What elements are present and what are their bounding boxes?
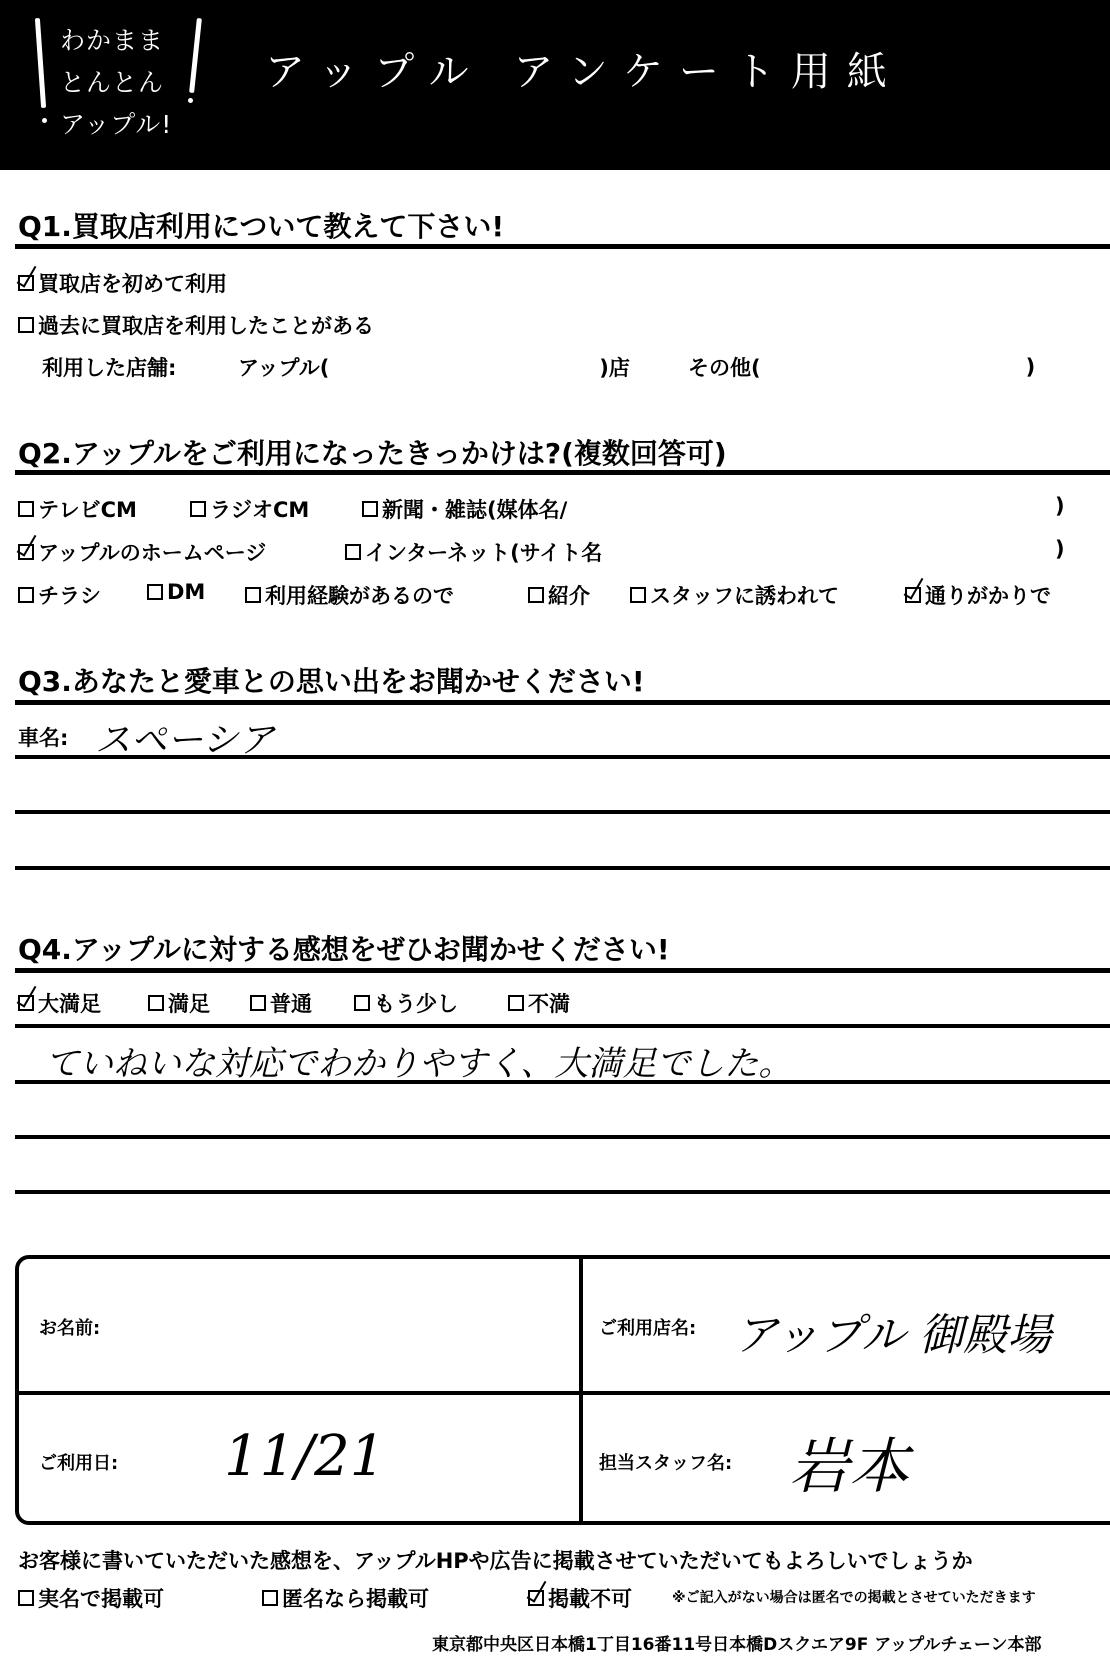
publish-question: お客様に書いていただいた感想を、アップルHPや広告に掲載させていただいてもよろし… (18, 1545, 973, 1575)
q1-title: Q1.買取店利用について教えて下さい! (18, 205, 504, 245)
q4-option-satisfied[interactable]: 満足 (148, 988, 210, 1018)
q2-option-internet[interactable]: インターネット(サイト名 (345, 537, 602, 567)
option-label: 満足 (168, 988, 210, 1018)
option-label: 掲載不可 (548, 1583, 632, 1613)
q2-option-radio[interactable]: ラジオCM (190, 494, 309, 524)
q2-option-dm[interactable]: DM (147, 580, 205, 604)
option-label: チラシ (38, 580, 101, 610)
checkbox-checked[interactable] (18, 995, 34, 1011)
box-horizontal-divider (19, 1391, 1110, 1395)
q4-line-1 (15, 1024, 1110, 1028)
option-label: 普通 (270, 988, 312, 1018)
checkbox-checked[interactable] (905, 587, 921, 603)
option-label: もう少し (374, 988, 458, 1018)
q4-comment[interactable]: ていねいな対応でわかりやすく、大満足でした。 (45, 1036, 792, 1085)
q1-store-line: 利用した店舗: (42, 352, 176, 382)
checkbox[interactable] (147, 584, 163, 600)
other-prefix: その他( (688, 352, 761, 382)
q1-divider (15, 244, 1110, 249)
publish-option-real-name[interactable]: 実名で掲載可 (18, 1583, 164, 1613)
q4-line-2 (15, 1080, 1110, 1084)
q3-line-1 (15, 755, 1110, 759)
checkbox[interactable] (18, 317, 34, 333)
publish-note: ※ご記入がない場合は匿名での掲載とさせていただきます (672, 1587, 1036, 1607)
q2-divider (15, 470, 1110, 475)
checkbox[interactable] (630, 587, 646, 603)
store-name-value[interactable]: アップル 御殿場 (734, 1299, 1051, 1363)
option-label: スタッフに誘われて (650, 580, 839, 610)
option-label: インターネット(サイト名 (365, 537, 602, 567)
checkbox[interactable] (18, 501, 34, 517)
option-label: 不満 (528, 988, 570, 1018)
checkbox[interactable] (190, 501, 206, 517)
checkbox[interactable] (148, 995, 164, 1011)
publish-option-anonymous[interactable]: 匿名なら掲載可 (262, 1583, 429, 1613)
q2-option-newspaper[interactable]: 新聞・雑誌(媒体名/ (362, 494, 567, 524)
q4-line-4 (15, 1190, 1110, 1194)
checkbox[interactable] (528, 587, 544, 603)
q3-line-3 (15, 866, 1110, 870)
q2-option-staff[interactable]: スタッフに誘われて (630, 580, 839, 610)
logo-text: わかまま とんとん アップル! (60, 20, 172, 146)
note-text: ※ご記入がない場合は匿名での掲載とさせていただきます (672, 1587, 1036, 1607)
staff-name-label: 担当スタッフ名: (599, 1449, 732, 1475)
checkbox-checked[interactable] (528, 1590, 544, 1606)
apple-prefix: アップル( (238, 352, 329, 382)
close-paren: ) (1055, 537, 1065, 561)
q2-option-experience[interactable]: 利用経験があるので (245, 580, 454, 610)
q3-divider (15, 700, 1110, 705)
option-label: 新聞・雑誌(媒体名/ (382, 494, 567, 524)
q4-option-could-be-better[interactable]: もう少し (354, 988, 458, 1018)
form-header: わかまま とんとん アップル! アップル アンケート用紙 (0, 0, 1110, 170)
option-label: 紹介 (548, 580, 590, 610)
close-paren: ) (1055, 494, 1065, 518)
apple-store-field[interactable]: アップル( )店 (238, 352, 630, 382)
form-title: アップル アンケート用紙 (265, 40, 903, 97)
q2-option-tv[interactable]: テレビCM (18, 494, 137, 524)
other-suffix: ) (1026, 355, 1036, 379)
logo-right-dot (188, 98, 193, 103)
checkbox[interactable] (345, 544, 361, 560)
logo-right-bar (189, 18, 202, 93)
checkbox[interactable] (18, 587, 34, 603)
date-label: ご利用日: (39, 1449, 118, 1475)
option-label: DM (167, 580, 205, 604)
option-label: 利用経験があるので (265, 580, 454, 610)
q2-title: Q2.アップルをご利用になったきっかけは?(複数回答可) (18, 432, 727, 472)
brand-logo: わかまま とんとん アップル! (38, 18, 198, 163)
checkbox-checked[interactable] (18, 544, 34, 560)
q2-option-homepage[interactable]: アップルのホームページ (18, 537, 266, 567)
checkbox[interactable] (245, 587, 261, 603)
q2-option-referral[interactable]: 紹介 (528, 580, 590, 610)
checkbox[interactable] (262, 1590, 278, 1606)
option-label: テレビCM (38, 494, 137, 524)
q4-divider (15, 968, 1110, 973)
store-line-label: 利用した店舗: (42, 352, 176, 382)
logo-left-dot (42, 118, 47, 123)
q4-option-dissatisfied[interactable]: 不満 (508, 988, 570, 1018)
staff-name-value[interactable]: 岩本 (789, 1419, 909, 1505)
other-store-field[interactable]: その他( ) (688, 352, 1035, 382)
option-label: 実名で掲載可 (38, 1583, 164, 1613)
car-name-label: 車名: (18, 722, 68, 752)
q1-option-used-before[interactable]: 過去に買取店を利用したことがある (18, 310, 374, 340)
option-label: 匿名なら掲載可 (282, 1583, 429, 1613)
car-name-field[interactable]: 車名: (18, 722, 68, 752)
q4-title: Q4.アップルに対する感想をぜひお聞かせください! (18, 928, 670, 968)
logo-left-bar (35, 18, 46, 108)
checkbox[interactable] (250, 995, 266, 1011)
option-label: 買取店を初めて利用 (38, 268, 227, 298)
customer-info-box: お名前: ご利用店名: アップル 御殿場 ご利用日: 11/21 担当スタッフ名… (15, 1255, 1110, 1525)
date-value[interactable]: 11/21 (224, 1424, 385, 1489)
q1-option-first-time[interactable]: 買取店を初めて利用 (18, 268, 227, 298)
checkbox[interactable] (362, 501, 378, 517)
q3-line-2 (15, 810, 1110, 814)
option-label: 大満足 (38, 988, 101, 1018)
q2-option-passing-by[interactable]: 通りがかりで (905, 580, 1051, 610)
checkbox[interactable] (18, 1590, 34, 1606)
checkbox[interactable] (508, 995, 524, 1011)
option-label: アップルのホームページ (38, 537, 266, 567)
option-label: ラジオCM (210, 494, 309, 524)
q4-option-very-satisfied[interactable]: 大満足 (18, 988, 101, 1018)
q4-option-normal[interactable]: 普通 (250, 988, 312, 1018)
q4-line-3 (15, 1135, 1110, 1139)
company-address: 東京都中央区日本橋1丁目16番11号日本橋Dスクエア9F アップルチェーン本部 (432, 1630, 1042, 1655)
name-label: お名前: (39, 1314, 100, 1340)
q2-option-flyer[interactable]: チラシ (18, 580, 101, 610)
box-vertical-divider (579, 1259, 583, 1521)
apple-suffix: )店 (599, 352, 630, 382)
option-label: 通りがかりで (925, 580, 1051, 610)
publish-option-not-allowed[interactable]: 掲載不可 (528, 1583, 632, 1613)
checkbox[interactable] (354, 995, 370, 1011)
q3-title: Q3.あなたと愛車との思い出をお聞かせください! (18, 660, 645, 700)
checkbox-checked[interactable] (18, 275, 34, 291)
store-name-label: ご利用店名: (599, 1314, 696, 1340)
option-label: 過去に買取店を利用したことがある (38, 310, 374, 340)
